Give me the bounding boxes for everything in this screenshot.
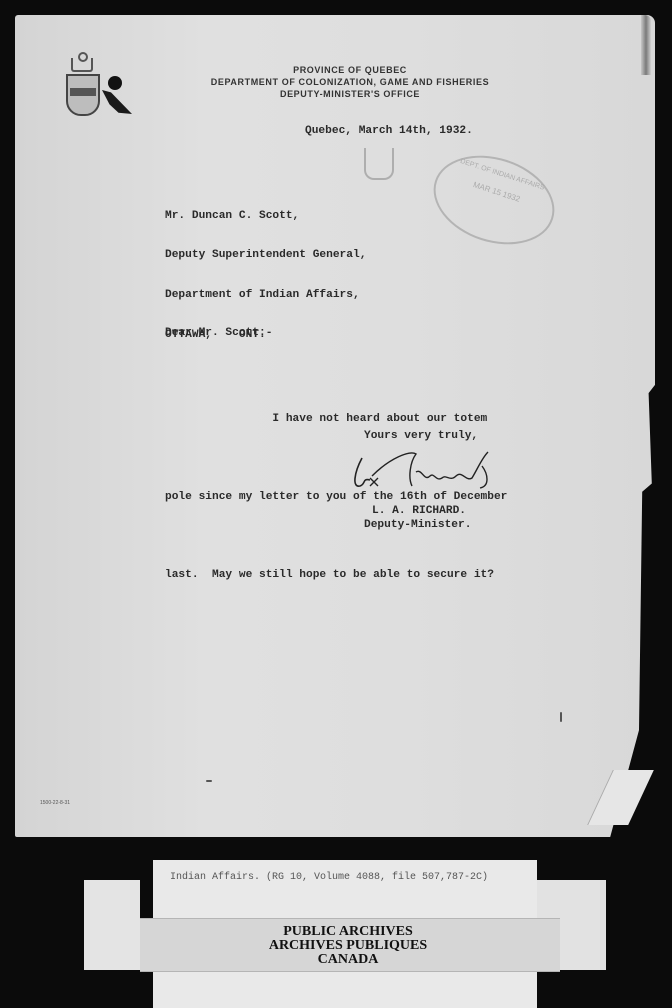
form-code: 1500-22-8-31 [40,800,70,806]
quebec-coat-of-arms-icon [66,58,98,116]
handwritten-signature [350,448,500,493]
stray-mark [206,780,212,782]
body-line: I have not heard about our totem [165,406,507,432]
archive-line-country: CANADA [248,953,448,967]
archive-line-english: PUBLIC ARCHIVES [248,925,448,939]
address-line: Department of Indian Affairs, [165,289,366,302]
letterhead-province: PROVINCE OF QUEBEC [150,64,550,76]
page-edge-shadow [641,15,651,75]
archive-line-french: ARCHIVES PUBLIQUES [248,939,448,953]
salutation: Dear Mr. Scott:- [165,327,272,340]
signatory-title: Deputy-Minister. [364,519,471,532]
archive-reference: Indian Affairs. (RG 10, Volume 4088, fil… [170,872,488,883]
stray-mark [560,712,562,722]
address-line: Mr. Duncan C. Scott, [165,210,366,223]
archive-stamp: PUBLIC ARCHIVES ARCHIVES PUBLIQUES CANAD… [248,925,448,967]
crown-icon [71,58,93,72]
letterhead: PROVINCE OF QUEBEC DEPARTMENT OF COLONIZ… [150,64,550,100]
body-line: last. May we still hope to be able to se… [165,562,507,588]
letterhead-department: DEPARTMENT OF COLONIZATION, GAME AND FIS… [150,76,550,88]
letterhead-office: DEPUTY-MINISTER'S OFFICE [150,88,550,100]
closing: Yours very truly, [364,430,478,443]
address-line: Deputy Superintendent General, [165,249,366,262]
dateline: Quebec, March 14th, 1932. [305,125,473,138]
ink-blot [108,76,122,90]
archive-card-left-tab [84,880,140,970]
file-stamp-mark [364,148,394,180]
signatory-name: L. A. RICHARD. [372,505,466,518]
shield-icon [66,74,100,116]
